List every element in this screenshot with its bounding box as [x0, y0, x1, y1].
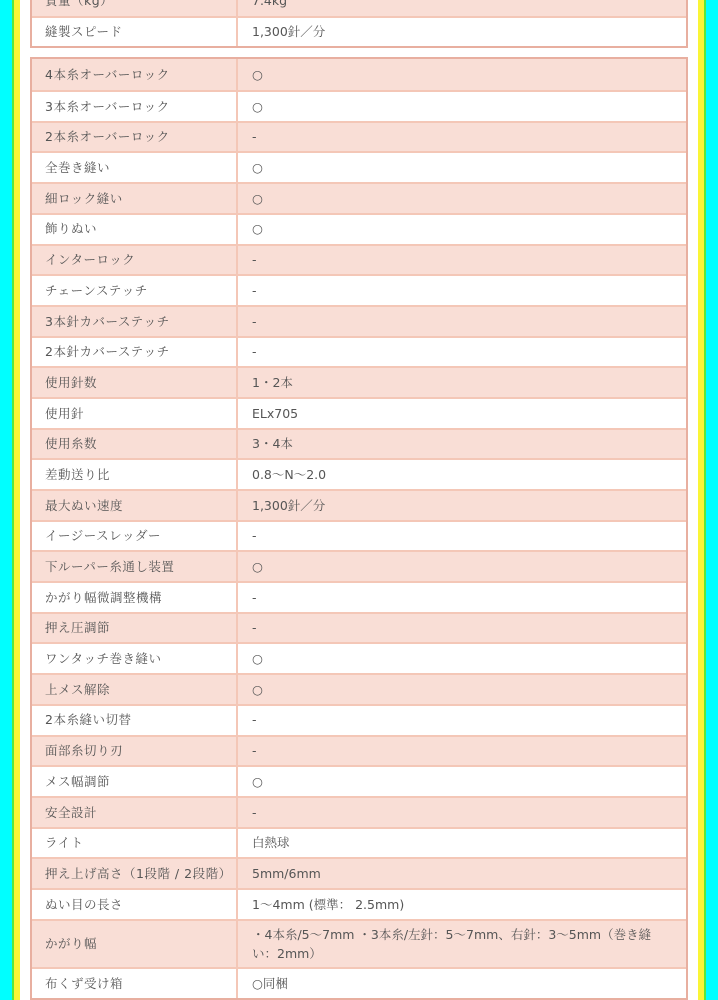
spec-row: 安全設計- [32, 796, 686, 827]
spec-label: 布くず受け箱 [32, 969, 238, 998]
spec-label: 使用針 [32, 399, 238, 428]
spec-row: 使用針ELx705 [32, 397, 686, 428]
spec-label: 縫製スピード [32, 18, 238, 47]
spec-row: イージースレッダー- [32, 520, 686, 551]
spec-value: 1,300針／分 [238, 491, 686, 520]
spec-row: 縫製スピード1,300針／分 [32, 16, 686, 47]
spec-value: - [238, 123, 686, 152]
spec-value: 0.8〜N〜2.0 [238, 460, 686, 489]
spec-value: 3・4本 [238, 430, 686, 459]
spec-label: かがり幅 [32, 921, 238, 968]
spec-row: 飾りぬい○ [32, 213, 686, 244]
spec-row: チェーンステッチ- [32, 274, 686, 305]
spec-label: 安全設計 [32, 798, 238, 827]
spec-value: - [238, 522, 686, 551]
spec-value: ○ [238, 92, 686, 121]
spec-value: ○ [238, 184, 686, 213]
spec-value: ELx705 [238, 399, 686, 428]
spec-label: かがり幅微調整機構 [32, 583, 238, 612]
spec-row: 差動送り比0.8〜N〜2.0 [32, 458, 686, 489]
spec-row: 上メス解除○ [32, 673, 686, 704]
spec-label: イージースレッダー [32, 522, 238, 551]
spec-label: インターロック [32, 246, 238, 275]
spec-value: - [238, 246, 686, 275]
spec-row: 4本糸オーバーロック○ [32, 59, 686, 90]
spec-label: 上メス解除 [32, 675, 238, 704]
spec-row: 最大ぬい速度1,300針／分 [32, 489, 686, 520]
spec-label: 下ルーパー糸通し装置 [32, 552, 238, 581]
spec-value: - [238, 276, 686, 305]
spec-value: 1〜4mm (標準： 2.5mm) [238, 890, 686, 919]
spec-value: ○ [238, 675, 686, 704]
spec-label: ワンタッチ巻き縫い [32, 644, 238, 673]
spec-row: 2本針カバーステッチ- [32, 336, 686, 367]
spec-row: 布くず受け箱○同梱 [32, 967, 686, 998]
spec-label: 質量（kg） [32, 0, 238, 16]
spec-row: かがり幅微調整機構- [32, 581, 686, 612]
spec-row: 細ロック縫い○ [32, 182, 686, 213]
spec-value: ○ [238, 215, 686, 244]
spec-label: ライト [32, 829, 238, 858]
spec-value: ○同梱 [238, 969, 686, 998]
spec-label: 3本糸オーバーロック [32, 92, 238, 121]
spec-row: 面部糸切り刃- [32, 735, 686, 766]
spec-label: 差動送り比 [32, 460, 238, 489]
spec-label: 細ロック縫い [32, 184, 238, 213]
spec-row: ワンタッチ巻き縫い○ [32, 642, 686, 673]
spec-label: 2本糸オーバーロック [32, 123, 238, 152]
spec-label: ぬい目の長さ [32, 890, 238, 919]
right-cyan-stripe [706, 0, 718, 1000]
spec-label: メス幅調節 [32, 767, 238, 796]
spec-label: 押え上げ高さ（1段階 / 2段階） [32, 859, 238, 888]
spec-value: - [238, 798, 686, 827]
spec-row: 3本糸オーバーロック○ [32, 90, 686, 121]
spec-row: 下ルーパー糸通し装置○ [32, 550, 686, 581]
spec-row: 押え上げ高さ（1段階 / 2段階）5mm/6mm [32, 857, 686, 888]
spec-value: 1,300針／分 [238, 18, 686, 47]
spec-value: - [238, 706, 686, 735]
spec-label: 飾りぬい [32, 215, 238, 244]
page-content: 質量（kg）7.4kg縫製スピード1,300針／分 4本糸オーバーロック○3本糸… [20, 0, 698, 1000]
spec-value: 5mm/6mm [238, 859, 686, 888]
spec-value: - [238, 583, 686, 612]
spec-row: ライト白熱球 [32, 827, 686, 858]
spec-value: ○ [238, 767, 686, 796]
spec-label: 使用針数 [32, 368, 238, 397]
spec-value: ○ [238, 644, 686, 673]
spec-value: - [238, 614, 686, 643]
spec-label: 2本針カバーステッチ [32, 338, 238, 367]
spec-row: 使用糸数3・4本 [32, 428, 686, 459]
spec-value: - [238, 338, 686, 367]
spec-value: ○ [238, 153, 686, 182]
spec-row: ぬい目の長さ1〜4mm (標準： 2.5mm) [32, 888, 686, 919]
spec-label: 使用糸数 [32, 430, 238, 459]
left-cyan-stripe [0, 0, 12, 1000]
spec-row: 2本糸縫い切替- [32, 704, 686, 735]
spec-row: かがり幅・4本糸/5〜7mm ・3本糸/左針：5〜7mm、右針：3〜5mm（巻き… [32, 919, 686, 968]
spec-row: メス幅調節○ [32, 765, 686, 796]
spec-label: 2本糸縫い切替 [32, 706, 238, 735]
spec-label: 面部糸切り刃 [32, 737, 238, 766]
spec-row: 使用針数1・2本 [32, 366, 686, 397]
spec-row: 押え圧調節- [32, 612, 686, 643]
spec-table-features: 4本糸オーバーロック○3本糸オーバーロック○2本糸オーバーロック-全巻き縫い○細… [30, 57, 688, 1000]
spec-label: 3本針カバーステッチ [32, 307, 238, 336]
spec-label: チェーンステッチ [32, 276, 238, 305]
spec-label: 4本糸オーバーロック [32, 59, 238, 90]
spec-row: 全巻き縫い○ [32, 151, 686, 182]
spec-label: 押え圧調節 [32, 614, 238, 643]
spec-value: 1・2本 [238, 368, 686, 397]
spec-value: 7.4kg [238, 0, 686, 16]
spec-value: ○ [238, 552, 686, 581]
spec-label: 全巻き縫い [32, 153, 238, 182]
spec-row: 3本針カバーステッチ- [32, 305, 686, 336]
spec-label: 最大ぬい速度 [32, 491, 238, 520]
spec-value: ○ [238, 59, 686, 90]
spec-value: - [238, 737, 686, 766]
spec-value: 白熱球 [238, 829, 686, 858]
spec-row: 質量（kg）7.4kg [32, 0, 686, 16]
spec-value: - [238, 307, 686, 336]
spec-table-basic: 質量（kg）7.4kg縫製スピード1,300針／分 [30, 0, 688, 48]
spec-row: 2本糸オーバーロック- [32, 121, 686, 152]
spec-value: ・4本糸/5〜7mm ・3本糸/左針：5〜7mm、右針：3〜5mm（巻き縫い：2… [238, 921, 686, 968]
spec-row: インターロック- [32, 244, 686, 275]
